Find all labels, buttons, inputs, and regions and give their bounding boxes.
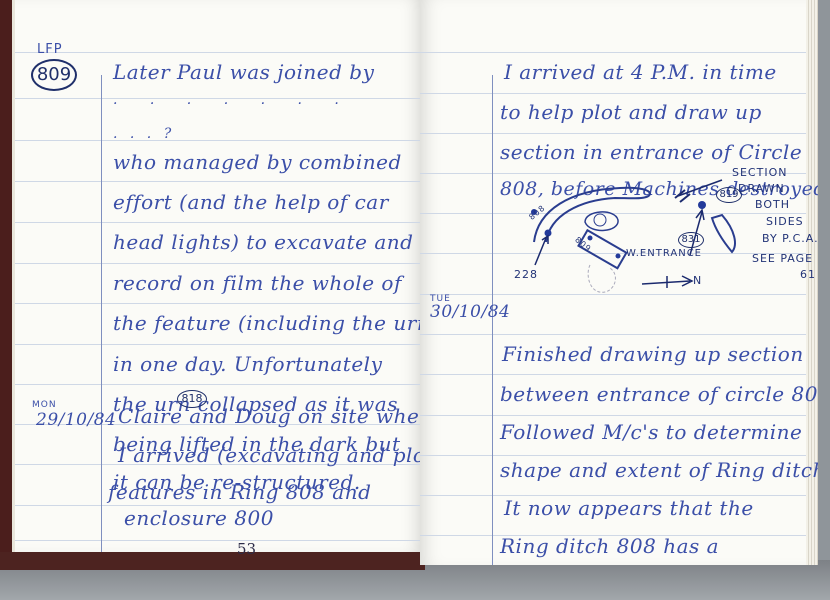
notebook-cover-bottom xyxy=(0,552,425,570)
left-page-text-2: Claire and Doug on site when I arrived (… xyxy=(0,0,420,552)
text-line: Claire and Doug on site when xyxy=(118,404,433,428)
right-page-text-bottom xyxy=(420,0,818,565)
text-line: enclosure 800 xyxy=(124,506,274,530)
page-number-left: 53 xyxy=(237,540,256,558)
text-line: features in Ring 808 and xyxy=(108,480,371,504)
